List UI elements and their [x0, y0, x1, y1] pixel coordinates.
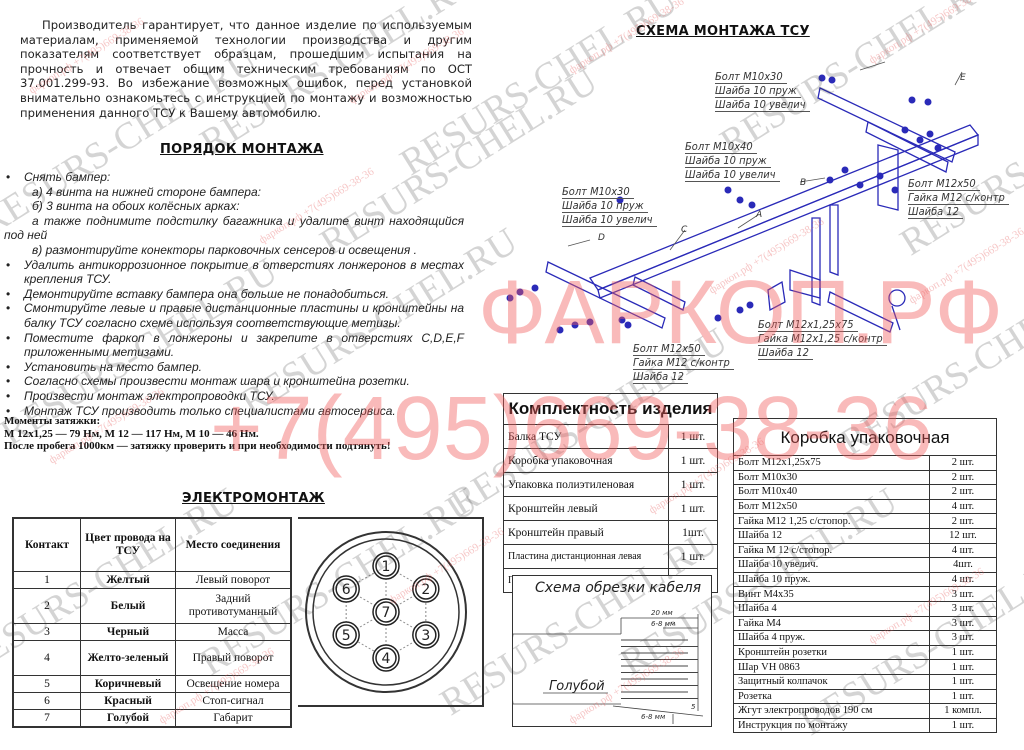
connection-cell: Задний противотуманный: [176, 589, 292, 624]
box-row: Розетка1 шт.: [734, 689, 997, 704]
wire-color-label: Голубой: [549, 679, 605, 694]
step-sub-v: в) размонтируйте конекторы парковочных с…: [4, 243, 464, 258]
header-wire-color: Цвет провода на ТСУ: [81, 518, 176, 572]
box-item-name: Розетка: [734, 689, 930, 704]
pin-number: 3: [421, 628, 430, 644]
callout-right: Болт М12x50Гайка М12 с/контрШайба 12: [908, 177, 1009, 219]
kit-title: Комплектность изделия: [504, 394, 718, 425]
header-pin: Контакт: [13, 518, 81, 572]
dim-total: 20 мм: [651, 609, 673, 617]
step-item: Произвести монтаж электропроводки ТСУ.: [4, 389, 464, 404]
step-item: Смонтируйте левые и правые дистанционные…: [4, 301, 464, 330]
kit-item-qty: 1 шт.: [669, 473, 718, 497]
kit-row: Коробка упаковочная1 шт.: [504, 449, 718, 473]
pin-cell: 3: [13, 624, 81, 641]
box-item-qty: 2 шт.: [930, 514, 997, 529]
box-row: Гайка М 12 с/стопор.4 шт.: [734, 543, 997, 558]
box-row: Гайка М12 1,25 с/стопор.2 шт.: [734, 514, 997, 529]
connection-cell: Освещение номера: [176, 676, 292, 693]
connection-cell: Правый поворот: [176, 641, 292, 676]
box-row: Болт М12x504 шт.: [734, 499, 997, 514]
dim-strip: 6-8 мм: [651, 620, 676, 628]
kit-row: Пластина дистанционная левая1 шт.: [504, 545, 718, 569]
wire-color-cell: Коричневый: [81, 676, 176, 693]
box-row: Шайба 10 пруж.4 шт.: [734, 572, 997, 587]
wiring-row: 5КоричневыйОсвещение номера: [13, 676, 291, 693]
callout-left: Болт М10x30Шайба 10 пружШайба 10 увелич: [562, 185, 657, 227]
pin-cell: 4: [13, 641, 81, 676]
step-sub-also: а также поднимите подстилку багажника и …: [4, 214, 464, 243]
torque-block: Моменты затяжки: М 12x1,25 — 79 Нм, М 12…: [4, 415, 474, 453]
box-item-qty: 3 шт.: [930, 587, 997, 602]
box-row: Защитный колпачок1 шт.: [734, 674, 997, 689]
kit-item-name: Кронштейн правый: [504, 521, 669, 545]
box-item-qty: 2 шт.: [930, 456, 997, 471]
box-row: Гайка М43 шт.: [734, 616, 997, 631]
wire-color-cell: Черный: [81, 624, 176, 641]
box-item-name: Шайба 10 увелич.: [734, 558, 930, 573]
wiring-row: 4Желто-зеленыйПравый поворот: [13, 641, 291, 676]
wire-color-cell: Красный: [81, 693, 176, 710]
box-item-qty: 1 шт.: [930, 660, 997, 675]
box-item-name: Инструкция по монтажу: [734, 718, 930, 733]
torque-values: М 12x1,25 — 79 Нм, М 12 — 117 Нм, М 10 —…: [4, 428, 474, 441]
box-row: Шайба 43 шт.: [734, 601, 997, 616]
point-e-label: E: [960, 73, 966, 83]
box-item-qty: 4 шт.: [930, 543, 997, 558]
cable-cut-schema: Схема обрезки кабеля 20 мм 6-8 мм 6-8 мм…: [512, 575, 712, 727]
cable-wires-icon: 20 мм 6-8 мм 6-8 мм 5 Голубой: [513, 576, 711, 726]
callout-top: Болт М10x30Шайба 10 пружШайба 10 увелич: [715, 70, 810, 112]
kit-item-qty: 1 шт.: [669, 449, 718, 473]
step-sub-b: б) 3 винта на обоих колёсных арках:: [4, 199, 464, 214]
step-item: Установить на место бампер.: [4, 360, 464, 375]
box-item-qty: 1 компл.: [930, 704, 997, 719]
callout-bottom-left: Болт М12x50Гайка М12 с/контрШайба 12: [633, 342, 734, 384]
box-row: Шар VH 08631 шт.: [734, 660, 997, 675]
box-row: Болт М10x402 шт.: [734, 485, 997, 500]
kit-item-name: Пластина дистанционная левая: [504, 545, 669, 569]
pin-number: 1: [382, 559, 391, 575]
connector-diagram: 1234567: [298, 517, 484, 707]
kit-item-name: Кронштейн левый: [504, 497, 669, 521]
point-b-label: B: [800, 178, 806, 188]
assembly-steps: Снять бампер: а) 4 винта на нижней сторо…: [4, 170, 464, 418]
pin-cell: 5: [13, 676, 81, 693]
box-item-name: Гайка М4: [734, 616, 930, 631]
kit-item-qty: 1 шт.: [669, 545, 718, 569]
step-item: Демонтируйте вставку бампера она больше …: [4, 287, 464, 302]
kit-item-name: Балка ТСУ: [504, 425, 669, 449]
pin-cell: 1: [13, 572, 81, 589]
box-item-qty: 1 шт.: [930, 718, 997, 733]
box-title: Коробка упаковочная: [734, 419, 997, 456]
dim-end: 5: [691, 703, 696, 711]
box-contents-table: Коробка упаковочная Болт М12x1,25x752 шт…: [733, 418, 997, 733]
box-item-qty: 1 шт.: [930, 645, 997, 660]
box-item-name: Гайка М 12 с/стопор.: [734, 543, 930, 558]
wire-color-cell: Желтый: [81, 572, 176, 589]
point-c-label: C: [681, 225, 688, 235]
box-item-name: Жгут электропроводов 190 см: [734, 704, 930, 719]
box-row: Болт М10x302 шт.: [734, 470, 997, 485]
torque-title: Моменты затяжки:: [4, 415, 474, 428]
box-item-qty: 3 шт.: [930, 601, 997, 616]
torque-note: После пробега 1000км — затяжку проверить…: [4, 440, 474, 453]
box-item-name: Защитный колпачок: [734, 674, 930, 689]
box-item-qty: 3 шт.: [930, 631, 997, 646]
box-item-qty: 1 шт.: [930, 674, 997, 689]
socket-pinout-icon: 1234567: [298, 519, 482, 705]
box-item-qty: 4 шт.: [930, 572, 997, 587]
box-row: Болт М12x1,25x752 шт.: [734, 456, 997, 471]
kit-row: Балка ТСУ1 шт.: [504, 425, 718, 449]
wire-color-cell: Голубой: [81, 710, 176, 728]
electrical-title: ЭЛЕКТРОМОНТАЖ: [182, 491, 325, 506]
box-item-qty: 3 шт.: [930, 616, 997, 631]
box-item-name: Кронштейн розетки: [734, 645, 930, 660]
kit-row: Кронштейн левый1 шт.: [504, 497, 718, 521]
pin-cell: 7: [13, 710, 81, 728]
box-row: Кронштейн розетки1 шт.: [734, 645, 997, 660]
step-item: Согласно схемы произвести монтаж шара и …: [4, 374, 464, 389]
box-item-qty: 2 шт.: [930, 485, 997, 500]
callout-mid: Болт М10x40Шайба 10 пружШайба 10 увелич: [685, 140, 780, 182]
wiring-row: 7ГолубойГабарит: [13, 710, 291, 728]
box-item-name: Болт М12x1,25x75: [734, 456, 930, 471]
kit-item-qty: 1 шт.: [669, 425, 718, 449]
box-item-name: Болт М12x50: [734, 499, 930, 514]
point-d-label: D: [598, 233, 605, 243]
step-item: Поместите фаркоп в лонжероны и закрепите…: [4, 331, 464, 360]
pin-number: 4: [382, 651, 391, 667]
connection-cell: Масса: [176, 624, 292, 641]
point-a-label: A: [755, 210, 762, 220]
pin-number: 6: [342, 582, 351, 598]
box-item-qty: 4 шт.: [930, 499, 997, 514]
step-sub-a: а) 4 винта на нижней стороне бампера:: [4, 185, 464, 200]
box-item-name: Шар VH 0863: [734, 660, 930, 675]
warranty-intro: Производитель гарантирует, что данное из…: [20, 18, 472, 120]
diagram-title: СХЕМА МОНТАЖА ТСУ: [636, 24, 810, 39]
box-item-name: Гайка М12 1,25 с/стопор.: [734, 514, 930, 529]
box-item-name: Шайба 10 пруж.: [734, 572, 930, 587]
box-row: Инструкция по монтажу1 шт.: [734, 718, 997, 733]
box-row: Жгут электропроводов 190 см1 компл.: [734, 704, 997, 719]
box-item-name: Шайба 12: [734, 528, 930, 543]
kit-table: Комплектность изделия Балка ТСУ1 шт.Коро…: [503, 393, 718, 593]
step-remove-bumper: Снять бампер:: [4, 170, 464, 185]
kit-row: Кронштейн правый1шт.: [504, 521, 718, 545]
box-item-name: Шайба 4: [734, 601, 930, 616]
box-row: Шайба 1212 шт.: [734, 528, 997, 543]
dim-strip-bottom: 6-8 мм: [641, 713, 666, 721]
header-connection: Место соединения: [176, 518, 292, 572]
connection-cell: Габарит: [176, 710, 292, 728]
box-item-qty: 1 шт.: [930, 689, 997, 704]
wiring-row: 2БелыйЗадний противотуманный: [13, 589, 291, 624]
box-row: Шайба 10 увелич.4шт.: [734, 558, 997, 573]
wiring-row: 3ЧерныйМасса: [13, 624, 291, 641]
box-item-qty: 12 шт.: [930, 528, 997, 543]
wiring-row: 6КрасныйСтоп-сигнал: [13, 693, 291, 710]
connection-cell: Стоп-сигнал: [176, 693, 292, 710]
pin-number: 7: [382, 605, 391, 621]
box-row: Шайба 4 пруж.3 шт.: [734, 631, 997, 646]
pin-number: 5: [342, 628, 351, 644]
kit-row: Упаковка полиэтиленовая1 шт.: [504, 473, 718, 497]
box-item-name: Винт М4x35: [734, 587, 930, 602]
box-item-name: Болт М10x30: [734, 470, 930, 485]
box-item-qty: 2 шт.: [930, 470, 997, 485]
box-row: Винт М4x353 шт.: [734, 587, 997, 602]
connection-cell: Левый поворот: [176, 572, 292, 589]
box-item-qty: 4шт.: [930, 558, 997, 573]
kit-item-name: Коробка упаковочная: [504, 449, 669, 473]
pin-cell: 2: [13, 589, 81, 624]
kit-item-qty: 1шт.: [669, 521, 718, 545]
kit-item-qty: 1 шт.: [669, 497, 718, 521]
pin-number: 2: [421, 582, 430, 598]
box-item-name: Болт М10x40: [734, 485, 930, 500]
step-item: Удалить антикоррозионное покрытие в отве…: [4, 258, 464, 287]
pin-cell: 6: [13, 693, 81, 710]
wire-color-cell: Белый: [81, 589, 176, 624]
callout-bottom-right: Болт М12x1,25x75Гайка М12x1,25 с/контрШа…: [758, 318, 887, 360]
kit-item-name: Упаковка полиэтиленовая: [504, 473, 669, 497]
assembly-title: ПОРЯДОК МОНТАЖА: [160, 142, 324, 157]
box-item-name: Шайба 4 пруж.: [734, 631, 930, 646]
wiring-table: Контакт Цвет провода на ТСУ Место соедин…: [12, 517, 292, 728]
wiring-row: 1ЖелтыйЛевый поворот: [13, 572, 291, 589]
wire-color-cell: Желто-зеленый: [81, 641, 176, 676]
